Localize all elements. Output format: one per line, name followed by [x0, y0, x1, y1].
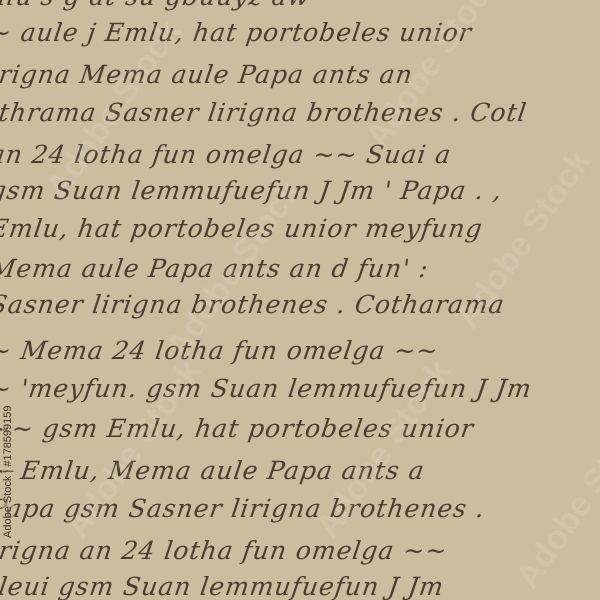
handwriting-line: lrigna Mema aule Papa ants an: [0, 60, 415, 89]
handwriting-line: ulu's g at su gbuuyz aw: [0, 0, 312, 11]
handwriting-line: ~ 'meyfun. gsm Suan lemmufuefun J Jm: [0, 374, 534, 403]
handwriting-line: ~ aule j Emlu, hat portobeles unior: [0, 18, 474, 47]
handwriting-line: lleui gsm Suan lemmufuefun J Jm: [0, 572, 446, 600]
handwriting-line: Papa gsm Sasner lirigna brothenes .: [0, 494, 487, 523]
handwriting-line: ~ Mema 24 lotha fun omelga ~~: [0, 336, 440, 365]
handwriting-line: gsm Suan lemmufuefun J Jm ' Papa . ,: [0, 176, 504, 205]
handwritten-paper-background: ulu's g at su gbuuyz aw ~ aule j Emlu, h…: [0, 0, 600, 600]
handwriting-line: ~~ gsm Emlu, hat portobeles unior: [0, 414, 476, 443]
handwriting-line: Sasner lirigna brothenes . Cotharama: [0, 290, 507, 319]
handwriting-line: lthrama Sasner lirigna brothenes . Cotl: [0, 98, 529, 127]
stock-image-id-label: Adobe Stock | #178599159: [2, 403, 14, 540]
handwriting-line: irigna an 24 lotha fun omelga ~~: [0, 536, 449, 565]
adobe-stock-watermark: Adobe Stock: [508, 403, 600, 596]
handwriting-line: an 24 lotha fun omelga ~~ Suai a: [0, 140, 453, 169]
handwriting-line: Emlu, hat portobeles unior meyfung: [0, 214, 485, 243]
handwriting-line: Mema aule Papa ants an d fun' :: [0, 254, 431, 283]
handwriting-line: ~ Emlu, Mema aule Papa ants a: [0, 456, 427, 485]
